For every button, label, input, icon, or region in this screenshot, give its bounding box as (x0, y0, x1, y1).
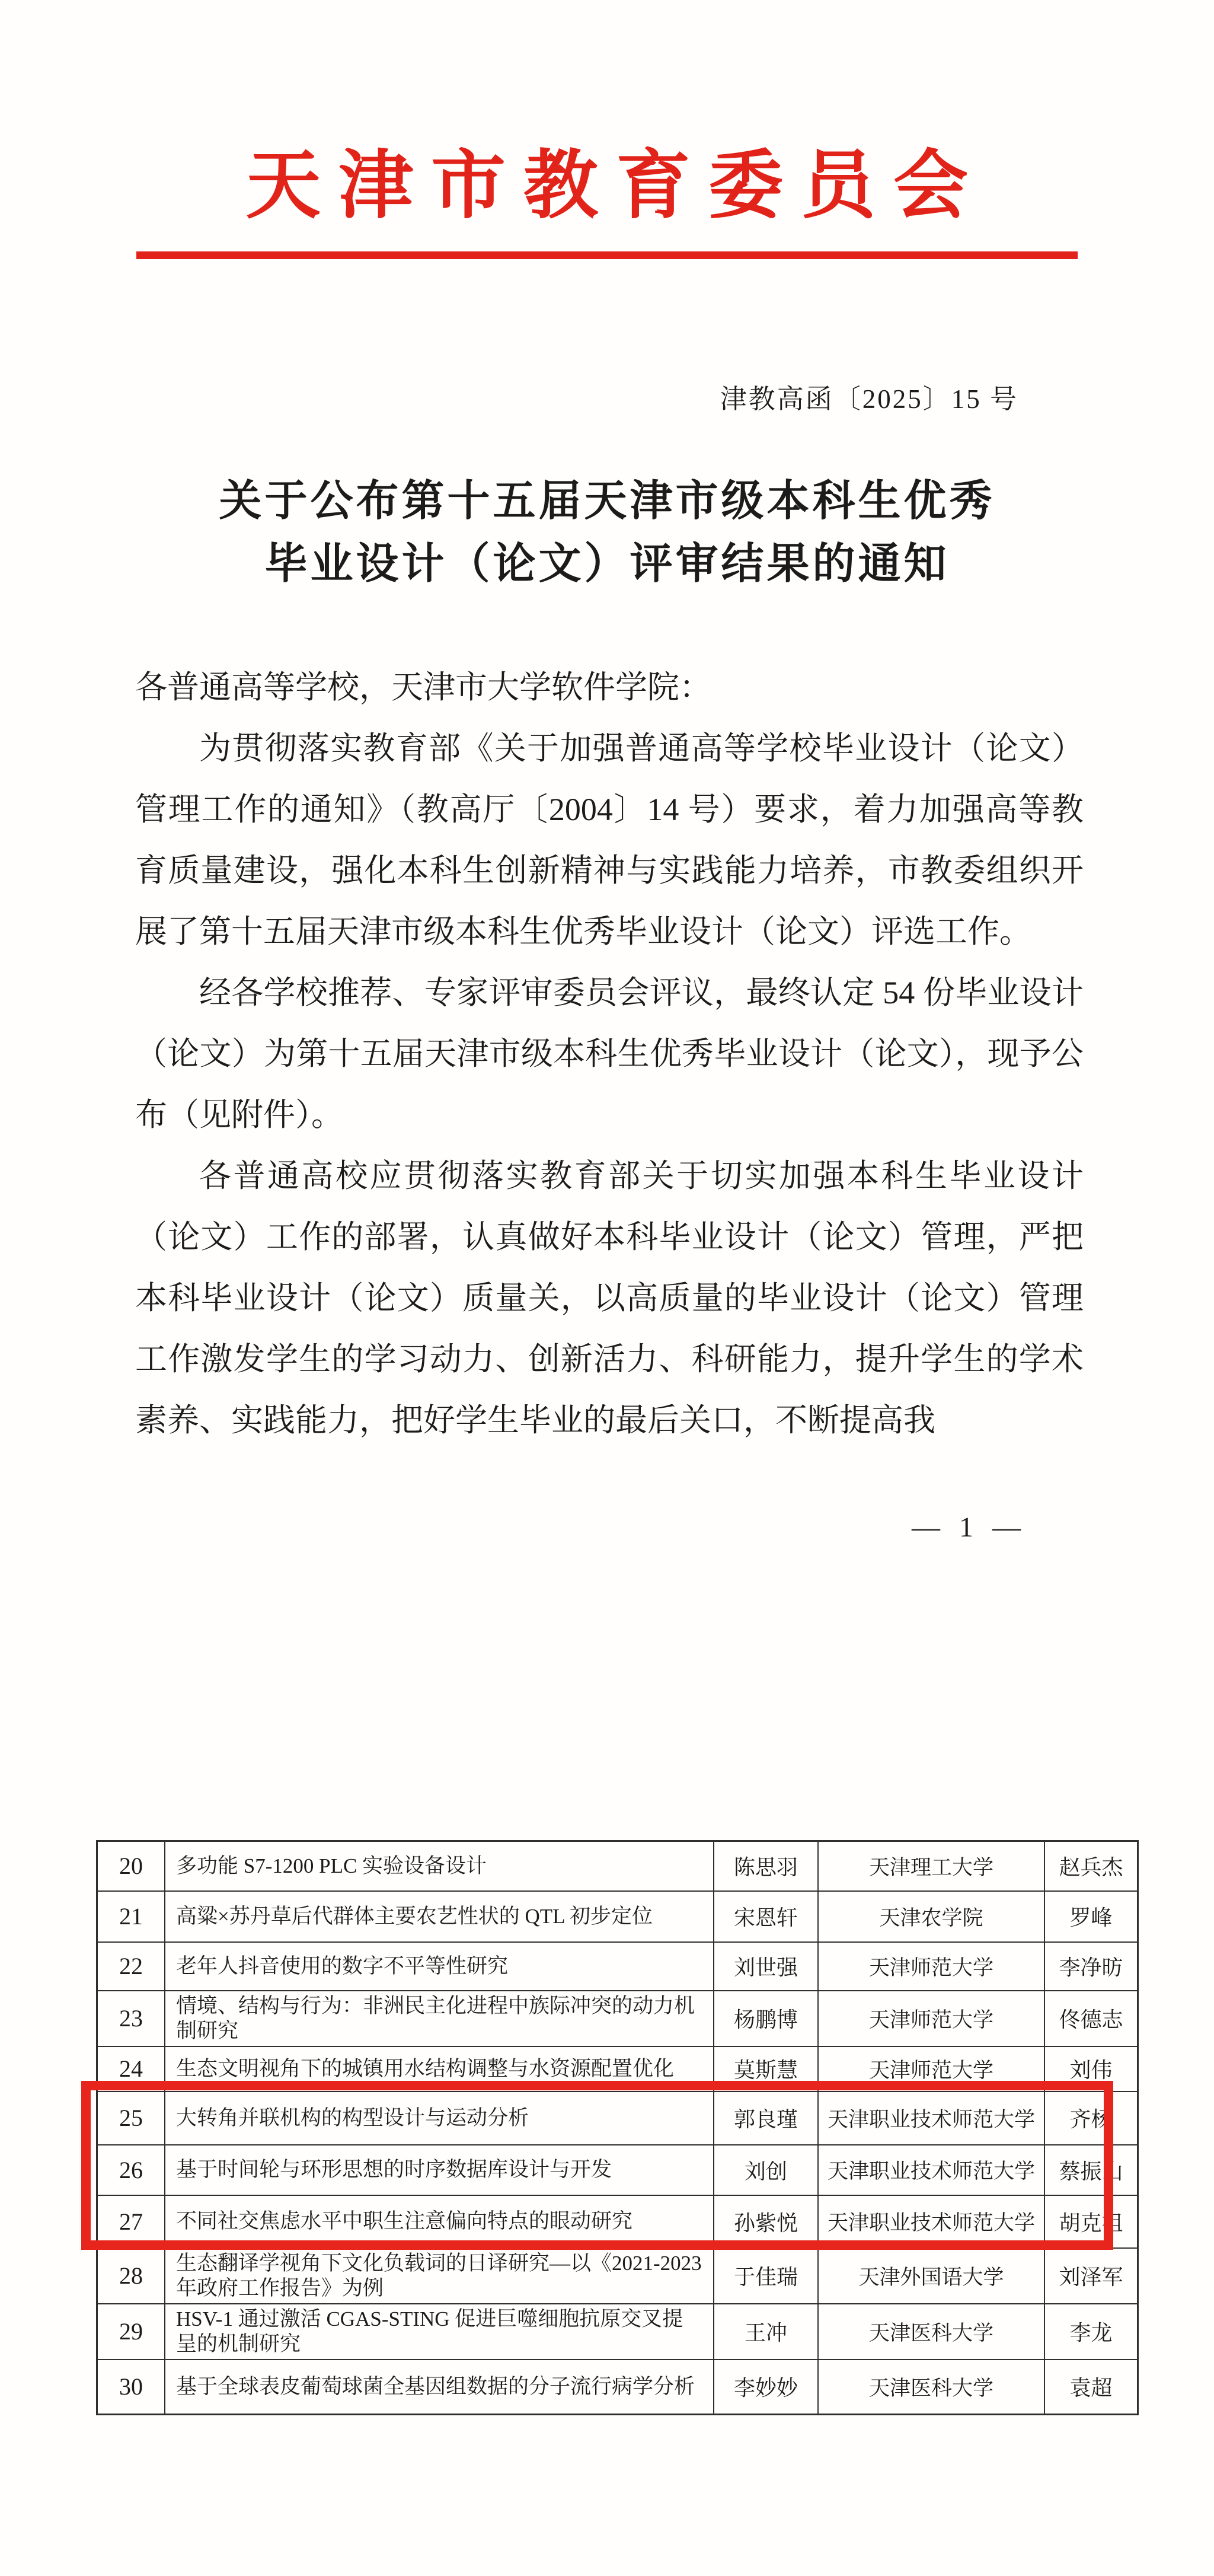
thesis-title-cell: 生态翻译学视角下文化负载词的日译研究—以《2021-2023 年政府工作报告》为… (165, 2248, 714, 2304)
advisor-cell: 袁超 (1044, 2360, 1138, 2415)
body-paragraph-2: 经各学校推荐、专家评审委员会评议，最终认定 54 份毕业设计（论文）为第十五届天… (135, 962, 1084, 1146)
student-cell: 于佳瑞 (714, 2248, 818, 2304)
thesis-title-cell: 高粱×苏丹草后代群体主要农艺性状的 QTL 初步定位 (165, 1891, 714, 1942)
letterhead-divider (136, 251, 1078, 259)
serial-cell: 22 (97, 1942, 165, 1991)
table-row: 20 多功能 S7-1200 PLC 实验设备设计 陈思羽 天津理工大学 赵兵杰 (97, 1841, 1138, 1891)
table-row: 23 情境、结构与行为：非洲民主化进程中族际冲突的动力机制研究 杨鹏博 天津师范… (97, 1991, 1138, 2046)
school-cell: 天津职业技术师范大学 (818, 2195, 1044, 2248)
student-cell: 郭良瑾 (714, 2092, 818, 2145)
thesis-title-cell: 基于全球表皮葡萄球菌全基因组数据的分子流行病学分析 (165, 2360, 714, 2415)
serial-cell: 29 (97, 2304, 165, 2360)
notice-title-line1: 关于公布第十五届天津市级本科生优秀 (0, 470, 1214, 533)
advisor-cell: 李净昉 (1044, 1942, 1138, 1991)
student-cell: 宋恩轩 (714, 1891, 818, 1942)
student-cell: 刘世强 (714, 1942, 818, 1991)
student-cell: 杨鹏博 (714, 1991, 818, 2046)
school-cell: 天津医科大学 (818, 2304, 1044, 2360)
advisor-cell: 李龙 (1044, 2304, 1138, 2360)
table-row-highlighted: 26 基于时间轮与环形思想的时序数据库设计与开发 刘创 天津职业技术师范大学 蔡… (97, 2145, 1138, 2195)
thesis-title-cell: 大转角并联机构的构型设计与运动分析 (165, 2092, 714, 2145)
serial-cell: 30 (97, 2360, 165, 2415)
table-row: 22 老年人抖音使用的数字不平等性研究 刘世强 天津师范大学 李净昉 (97, 1942, 1138, 1991)
notice-body: 各普通高等学校，天津市大学软件学院： 为贯彻落实教育部《关于加强普通高等学校毕业… (135, 657, 1084, 1451)
notice-title: 关于公布第十五届天津市级本科生优秀 毕业设计（论文）评审结果的通知 (0, 470, 1214, 595)
school-cell: 天津农学院 (818, 1891, 1044, 1942)
table-row-highlighted: 25 大转角并联机构的构型设计与运动分析 郭良瑾 天津职业技术师范大学 齐杨 (97, 2092, 1138, 2145)
serial-cell: 24 (97, 2046, 165, 2092)
thesis-title-cell: HSV-1 通过激活 CGAS-STING 促进巨噬细胞抗原交叉提呈的机制研究 (165, 2304, 714, 2360)
advisor-cell: 佟德志 (1044, 1991, 1138, 2046)
serial-cell: 28 (97, 2248, 165, 2304)
serial-cell: 21 (97, 1891, 165, 1942)
table-row: 30 基于全球表皮葡萄球菌全基因组数据的分子流行病学分析 李妙妙 天津医科大学 … (97, 2360, 1138, 2415)
body-paragraph-1: 为贯彻落实教育部《关于加强普通高等学校毕业设计（论文）管理工作的通知》（教高厅〔… (135, 718, 1084, 962)
school-cell: 天津理工大学 (818, 1841, 1044, 1891)
table-row-highlighted: 27 不同社交焦虑水平中职生注意偏向特点的眼动研究 孙紫悦 天津职业技术师范大学… (97, 2195, 1138, 2248)
advisor-cell: 罗峰 (1044, 1891, 1138, 1942)
student-cell: 孙紫悦 (714, 2195, 818, 2248)
table-row: 28 生态翻译学视角下文化负载词的日译研究—以《2021-2023 年政府工作报… (97, 2248, 1138, 2304)
serial-cell: 25 (97, 2092, 165, 2145)
thesis-title-cell: 多功能 S7-1200 PLC 实验设备设计 (165, 1841, 714, 1891)
student-cell: 李妙妙 (714, 2360, 818, 2415)
table-row: 21 高粱×苏丹草后代群体主要农艺性状的 QTL 初步定位 宋恩轩 天津农学院 … (97, 1891, 1138, 1942)
thesis-title-cell: 不同社交焦虑水平中职生注意偏向特点的眼动研究 (165, 2195, 714, 2248)
thesis-title-cell: 老年人抖音使用的数字不平等性研究 (165, 1942, 714, 1991)
agency-letterhead: 天津市教育委员会 (0, 126, 1214, 233)
thesis-title-cell: 基于时间轮与环形思想的时序数据库设计与开发 (165, 2145, 714, 2195)
salutation: 各普通高等学校，天津市大学软件学院： (135, 657, 1084, 718)
student-cell: 王冲 (714, 2304, 818, 2360)
table-row: 24 生态文明视角下的城镇用水结构调整与水资源配置优化 莫斯慧 天津师范大学 刘… (97, 2046, 1138, 2092)
school-cell: 天津师范大学 (818, 1942, 1044, 1991)
thesis-title-cell: 生态文明视角下的城镇用水结构调整与水资源配置优化 (165, 2046, 714, 2092)
page-number: — 1 — (871, 1511, 1067, 1544)
advisor-cell: 胡克祖 (1044, 2195, 1138, 2248)
school-cell: 天津职业技术师范大学 (818, 2092, 1044, 2145)
serial-cell: 26 (97, 2145, 165, 2195)
advisor-cell: 蔡振山 (1044, 2145, 1138, 2195)
scanned-notice-page: 天津市教育委员会 津教高函〔2025〕15 号 关于公布第十五届天津市级本科生优… (0, 0, 1214, 2576)
table-row: 29 HSV-1 通过激活 CGAS-STING 促进巨噬细胞抗原交叉提呈的机制… (97, 2304, 1138, 2360)
school-cell: 天津师范大学 (818, 1991, 1044, 2046)
school-cell: 天津职业技术师范大学 (818, 2145, 1044, 2195)
notice-title-line2: 毕业设计（论文）评审结果的通知 (0, 533, 1214, 595)
serial-cell: 23 (97, 1991, 165, 2046)
school-cell: 天津医科大学 (818, 2360, 1044, 2415)
school-cell: 天津师范大学 (818, 2046, 1044, 2092)
serial-cell: 20 (97, 1841, 165, 1891)
thesis-title-cell: 情境、结构与行为：非洲民主化进程中族际冲突的动力机制研究 (165, 1991, 714, 2046)
body-paragraph-3: 各普通高校应贯彻落实教育部关于切实加强本科生毕业设计（论文）工作的部署，认真做好… (135, 1146, 1084, 1451)
results-table: 20 多功能 S7-1200 PLC 实验设备设计 陈思羽 天津理工大学 赵兵杰… (96, 1840, 1139, 2415)
school-cell: 天津外国语大学 (818, 2248, 1044, 2304)
student-cell: 莫斯慧 (714, 2046, 818, 2092)
advisor-cell: 刘泽军 (1044, 2248, 1138, 2304)
advisor-cell: 赵兵杰 (1044, 1841, 1138, 1891)
serial-cell: 27 (97, 2195, 165, 2248)
student-cell: 陈思羽 (714, 1841, 818, 1891)
advisor-cell: 齐杨 (1044, 2092, 1138, 2145)
document-number: 津教高函〔2025〕15 号 (720, 377, 1018, 416)
advisor-cell: 刘伟 (1044, 2046, 1138, 2092)
student-cell: 刘创 (714, 2145, 818, 2195)
